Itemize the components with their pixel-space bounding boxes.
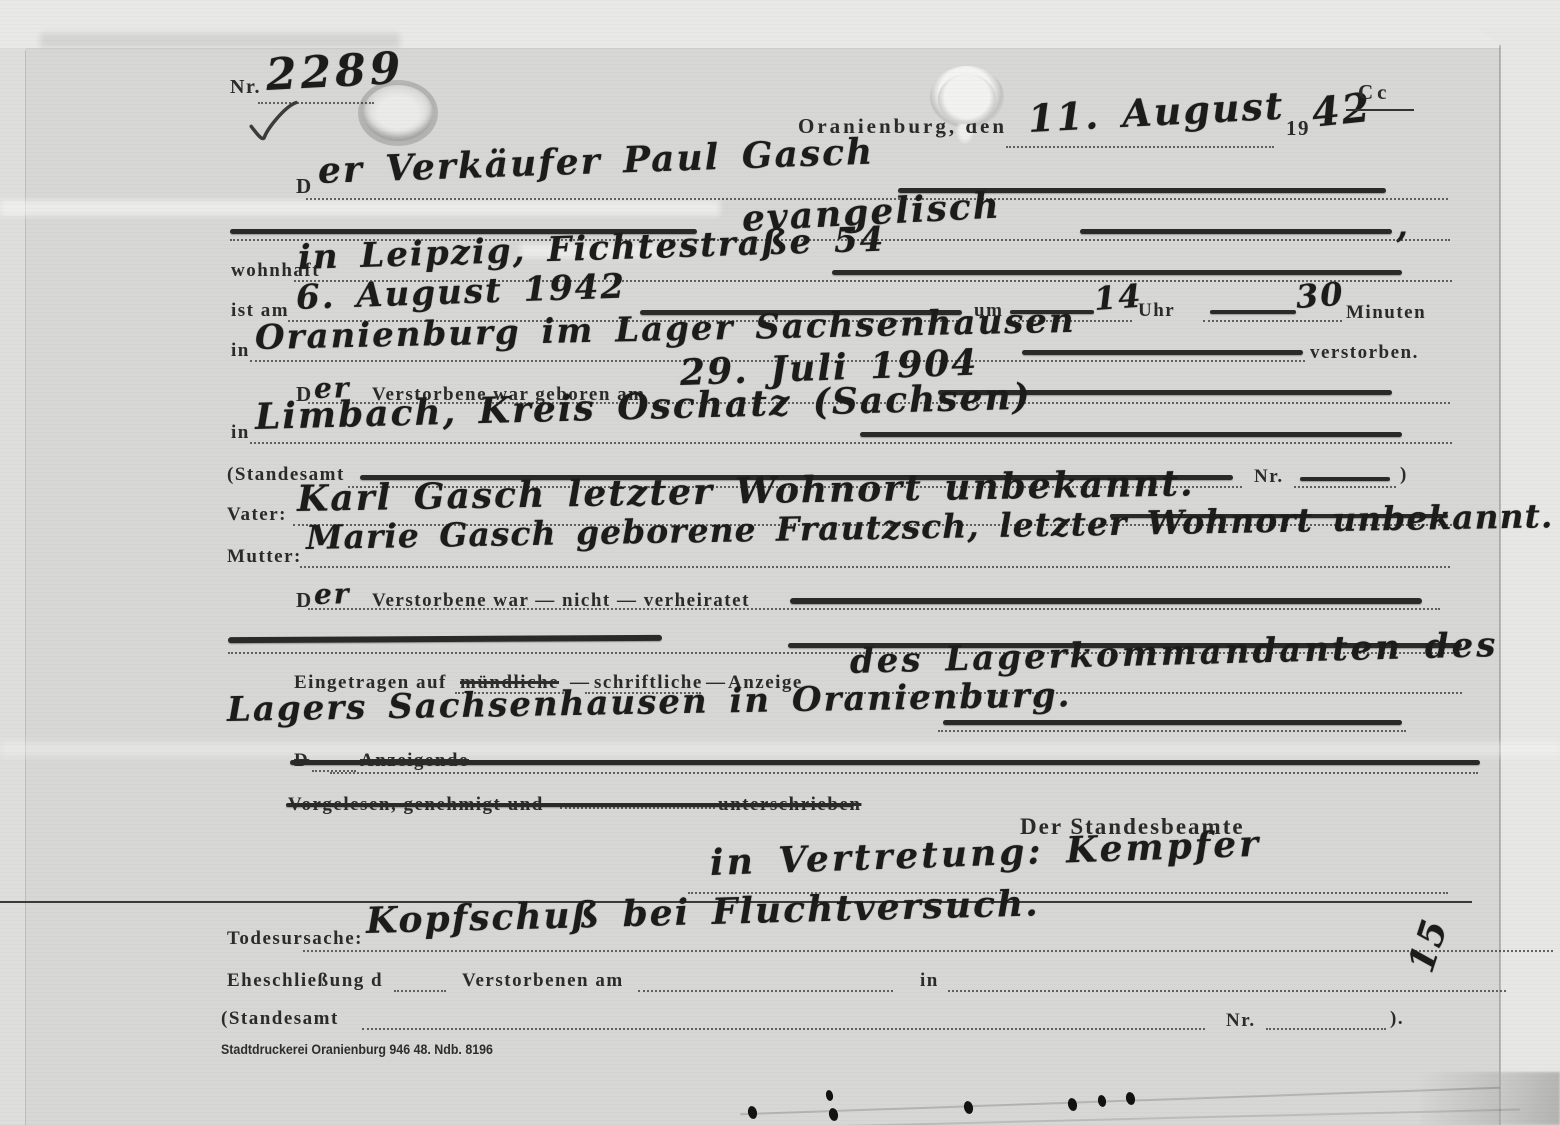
dotted-rule: [1203, 320, 1342, 322]
date-value: 11. August: [1027, 83, 1286, 141]
ink-strike-line: [290, 760, 1480, 765]
ink-stroke: [228, 635, 662, 643]
left-page-edge: [25, 50, 26, 1125]
standesamt2-open: (Standesamt: [221, 1008, 339, 1030]
verstorben-label: verstorben.: [1310, 342, 1419, 364]
ehe-label-1: Eheschließung d: [227, 970, 383, 992]
minutes-hand: 30: [1295, 275, 1346, 316]
ink-stroke: [1300, 477, 1390, 481]
dotted-rule: [303, 950, 1553, 952]
ink-stroke: [943, 720, 1402, 725]
ehe-in-label: in: [920, 970, 939, 992]
dotted-rule: [330, 772, 1478, 774]
scanned-death-record: Nr. 2289 Oranienburg, den 11. August 19 …: [0, 0, 1560, 1125]
vater-label: Vater:: [227, 504, 287, 526]
dotted-rule: [258, 102, 374, 104]
scan-top-band: [0, 0, 1560, 49]
ink-stroke: [1210, 310, 1296, 314]
margin-number-hand: 15: [1400, 913, 1457, 977]
checkmark-icon: [244, 99, 304, 147]
todesursache-label: Todesursache:: [227, 928, 363, 950]
dotted-rule: [362, 1028, 1205, 1030]
printer-imprint: Stadtdruckerei Oranienburg 946 48. Ndb. …: [221, 1042, 493, 1057]
ink-strike-line: [286, 803, 854, 807]
perforation-dot: [828, 1107, 840, 1122]
bottom-edge-line-1: [740, 1087, 1500, 1116]
white-streak-3: [0, 742, 1560, 756]
bottom-edge-line-2: [740, 1108, 1520, 1125]
hour-hand: 14: [1093, 277, 1144, 318]
dotted-rule: [308, 608, 1440, 610]
dotted-rule: [560, 807, 715, 809]
dotted-rule: [394, 990, 446, 992]
in-label: in: [231, 340, 250, 362]
ehe-label-2: Verstorbenen am: [462, 970, 624, 992]
nr-short-label: Nr.: [1226, 1010, 1256, 1032]
perforation-dot: [1097, 1094, 1107, 1107]
deceased-name-hand: er Verkäufer Paul Gasch: [317, 131, 875, 192]
perforation-dot: [1067, 1097, 1079, 1112]
dotted-rule: [250, 442, 1452, 444]
d-prefix: D: [296, 174, 313, 199]
ink-stroke: [790, 598, 1422, 604]
nr-label: Nr.: [230, 76, 261, 99]
anzeige-hand-1: des Lagerkommandanten des: [849, 625, 1498, 682]
bottom-right-shadow: [1420, 1072, 1560, 1125]
corner-code: Cc: [1358, 80, 1391, 105]
nr-short-label: Nr.: [1254, 466, 1284, 488]
dotted-rule: [938, 730, 1406, 732]
right-page-margin: [1500, 28, 1560, 1125]
dotted-rule: [300, 566, 1450, 568]
mutter-label: Mutter:: [227, 546, 302, 568]
ink-stroke: [832, 270, 1402, 275]
hand-er: er: [314, 577, 351, 611]
dotted-rule: [1006, 146, 1274, 148]
uhr-label: Uhr: [1138, 300, 1175, 322]
in-label: in: [231, 422, 250, 444]
ink-stroke: [1022, 350, 1303, 355]
dotted-rule: [1266, 1028, 1386, 1030]
year-prefix: 19: [1286, 116, 1310, 141]
ink-stroke: [860, 432, 1402, 437]
nr-value: 2289: [265, 43, 406, 101]
dotted-rule: [948, 990, 1506, 992]
dotted-rule: [1294, 486, 1396, 488]
left-page-margin: [0, 48, 26, 1125]
perforation-dot: [825, 1089, 834, 1101]
perforation-dot: [1125, 1091, 1137, 1106]
minuten-label: Minuten: [1346, 302, 1426, 324]
standesamt2-close: ).: [1390, 1008, 1404, 1030]
dotted-rule: [638, 990, 893, 992]
standesamt-close: ): [1400, 464, 1408, 486]
white-streak-1: [0, 200, 720, 216]
perforation-dot: [747, 1105, 759, 1120]
perforation-dot: [963, 1100, 975, 1115]
cause-of-death-hand: Kopfschuß bei Fluchtversuch.: [365, 882, 1040, 942]
corner-fold: [1478, 28, 1560, 92]
signature-hand: in Vertretung: Kempfer: [709, 823, 1262, 884]
ink-stroke: [1080, 229, 1392, 234]
right-page-edge: [1499, 30, 1501, 1125]
